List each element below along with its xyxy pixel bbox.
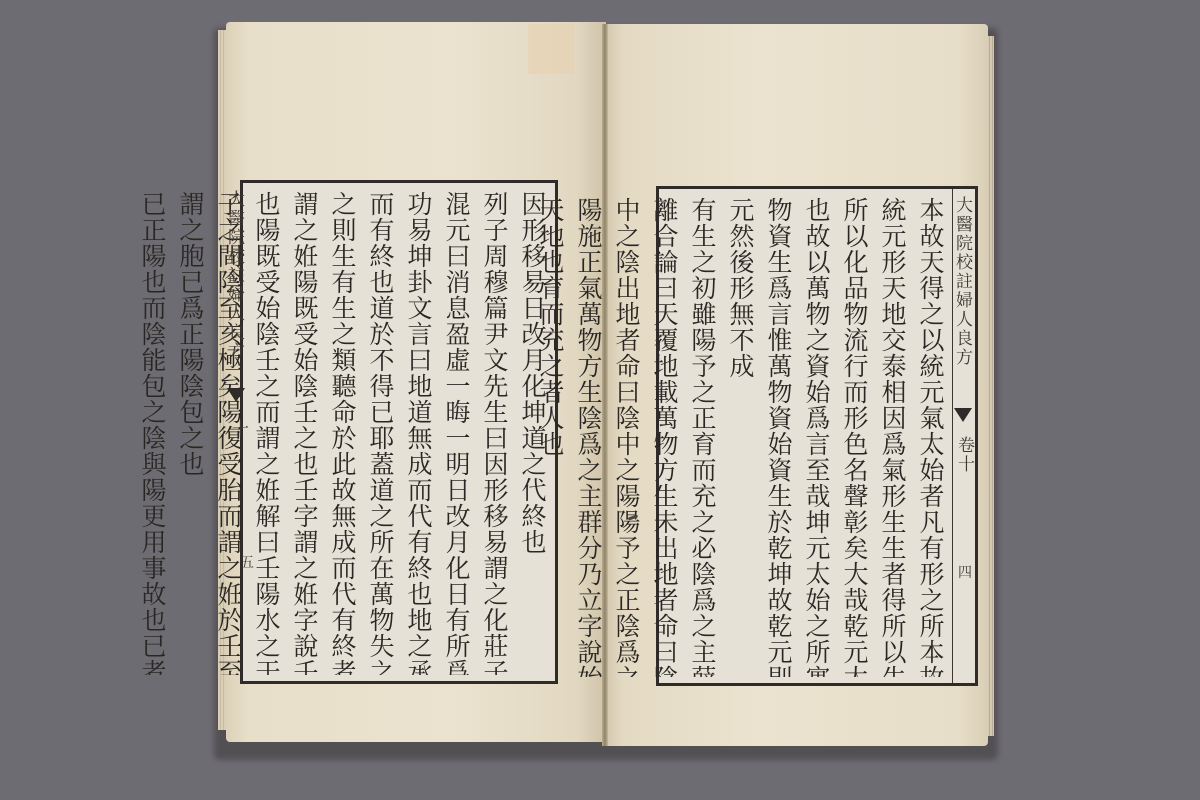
left-text-column: 謂之姙陽既受始陰壬之也壬字謂之姙字說壬一陽也二陰	[285, 191, 323, 675]
right-text-column: 中之陰出地者命曰陰中之陽陽予之正陰爲之主王冰謂	[607, 197, 645, 677]
right-text-frame: 本故天得之以統元氣太始者凡有形之所本故地得之以統元形天地交泰相因爲氣形生生者得所…	[656, 186, 978, 686]
left-text-column: 也陽既受始陰壬之而謂之姙解曰壬陽水之干也位在亥	[247, 191, 285, 675]
left-text-column: 而有終也道於不得已耶蓋道之所在萬物失之則死得	[361, 191, 399, 675]
left-text-column: 之則生有生之類聽命於此故無成而代有終者以道言歟	[323, 191, 361, 675]
left-text-frame: 因形移易日改月化坤道之代終也列子周穆篇尹文先生曰因形移易謂之化莊子曰予方篇混元曰…	[240, 180, 558, 684]
right-text-column: 有生之初雖陽予之正育而充之必陰爲之主薛左丞註陰陽	[683, 197, 721, 677]
left-page-number: 五	[240, 552, 254, 572]
left-text-column: 謂之胞已爲正陽陰包之也	[171, 191, 209, 675]
left-margin-title: 大醫院校註婦人良方	[222, 190, 247, 361]
right-text-column: 天地也育而充之者人也	[531, 197, 569, 677]
left-text-column: 列子周穆篇尹文先生曰因形移易謂之化莊子曰予方篇	[475, 191, 513, 675]
right-text-column: 元然後形無不成	[721, 197, 759, 677]
left-text-column: 已正陽也而陰能包之陰與陽更用事故也已者孟夏之月	[133, 191, 171, 675]
right-text-column: 也故以萬物之資始爲言至哉坤元太始之所寓也故以萬	[797, 197, 835, 677]
right-text-column: 本故天得之以統元氣太始者凡有形之所本故地得之以	[911, 197, 949, 677]
right-text-column: 離合論曰天覆地載萬物方生未出地者命曰陰處名曰陰	[645, 197, 683, 677]
left-text-columns: 因形移易日改月化坤道之代終也列子周穆篇尹文先生曰因形移易謂之化莊子曰予方篇混元曰…	[133, 191, 551, 675]
faded-stamp	[528, 24, 574, 74]
right-page-number: 四	[958, 562, 972, 582]
right-volume-label: 卷十	[952, 436, 977, 474]
right-fish-tail-mark	[954, 408, 972, 422]
right-text-column: 所以化品物流行而形色名聲彰矣大哉乾元太初之所寓	[835, 197, 873, 677]
right-text-column: 統元形天地交泰相因爲氣形生生者得所以生化化者得	[873, 197, 911, 677]
right-text-column: 物資生爲言惟萬物資始資生於乾坤故乾元則兆象至坤	[759, 197, 797, 677]
left-fish-tail-mark	[227, 388, 245, 402]
right-margin-title: 大醫院校註婦人良方	[950, 196, 975, 367]
left-volume-label: 十	[226, 420, 251, 439]
left-text-column: 功易坤卦文言曰地道無成而代有終也地之承天其無成	[399, 191, 437, 675]
right-text-columns: 本故天得之以統元氣太始者凡有形之所本故地得之以統元形天地交泰相因爲氣形生生者得所…	[531, 197, 949, 677]
left-text-column: 混元曰消息盈虛一晦一明日改月化日有所爲而莫見其	[437, 191, 475, 675]
right-text-column: 陽施正氣萬物方生陰爲之主群分乃立字說始而生之者	[569, 197, 607, 677]
